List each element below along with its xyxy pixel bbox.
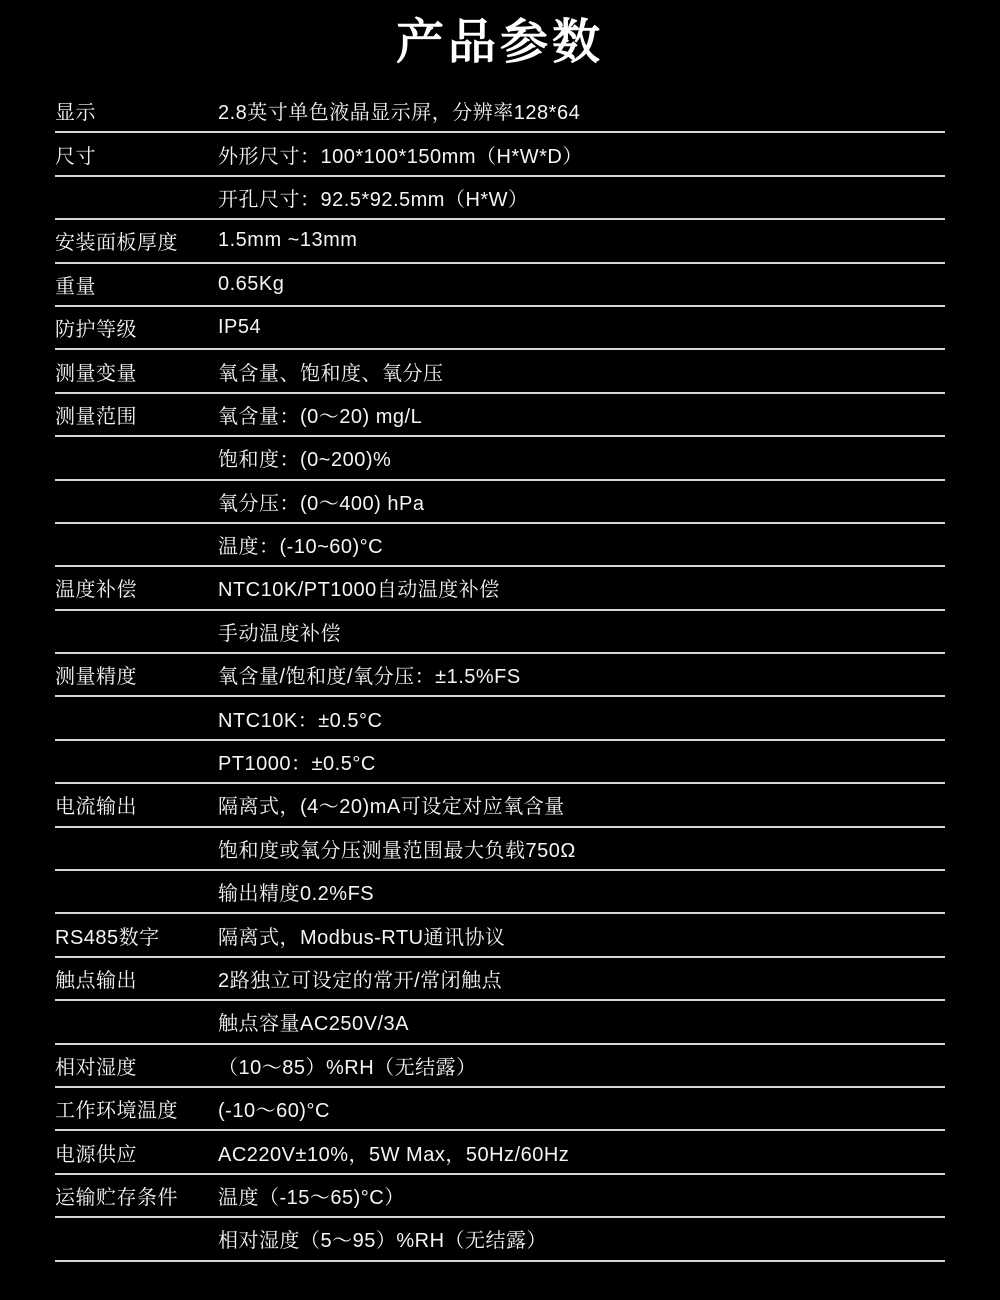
spec-label: 温度补偿 (55, 573, 218, 602)
spec-label: 重量 (55, 270, 218, 299)
spec-table: 显示 2.8英寸单色液晶显示屏，分辨率128*64 尺寸 外形尺寸：100*10… (55, 90, 945, 1262)
spec-value: (-10～60)°C (218, 1094, 945, 1123)
table-row: 测量变量 氧含量、饱和度、氧分压 (55, 350, 945, 393)
spec-value: 温度（-15～65)°C） (218, 1181, 945, 1210)
spec-value: 开孔尺寸：92.5*92.5mm（H*W） (218, 183, 945, 212)
table-row: 输出精度0.2%FS (55, 871, 945, 914)
table-row: 电流输出 隔离式，(4～20)mA可设定对应氧含量 (55, 784, 945, 827)
spec-label: 测量变量 (55, 357, 218, 386)
spec-value: 输出精度0.2%FS (218, 877, 945, 906)
spec-label: 工作环境温度 (55, 1094, 218, 1123)
table-row: 重量 0.65Kg (55, 264, 945, 307)
table-row: 工作环境温度 (-10～60)°C (55, 1088, 945, 1131)
spec-value: NTC10K：±0.5°C (218, 704, 945, 733)
table-row: 尺寸 外形尺寸：100*100*150mm（H*W*D） (55, 133, 945, 176)
table-row: 安装面板厚度 1.5mm ~13mm (55, 220, 945, 263)
table-row: 饱和度：(0~200)% (55, 437, 945, 480)
spec-label: 电源供应 (55, 1138, 218, 1167)
spec-label: 防护等级 (55, 313, 218, 342)
spec-label: 相对湿度 (55, 1051, 218, 1080)
spec-value: 触点容量AC250V/3A (218, 1007, 945, 1036)
table-row: RS485数字 隔离式，Modbus-RTU通讯协议 (55, 914, 945, 957)
table-row: 相对湿度（5～95）%RH（无结露） (55, 1218, 945, 1261)
spec-label: 测量范围 (55, 400, 218, 429)
spec-label: 运输贮存条件 (55, 1181, 218, 1210)
product-parameters-page: 产品参数 显示 2.8英寸单色液晶显示屏，分辨率128*64 尺寸 外形尺寸：1… (0, 0, 1000, 1300)
table-row: 饱和度或氧分压测量范围最大负载750Ω (55, 828, 945, 871)
table-row: 氧分压：(0～400) hPa (55, 481, 945, 524)
spec-label: 触点输出 (55, 964, 218, 993)
table-row: NTC10K：±0.5°C (55, 697, 945, 740)
spec-label: 测量精度 (55, 660, 218, 689)
table-row: 防护等级 IP54 (55, 307, 945, 350)
spec-value: 氧含量/饱和度/氧分压：±1.5%FS (218, 660, 945, 689)
spec-value: IP54 (218, 316, 945, 339)
table-row: 触点容量AC250V/3A (55, 1001, 945, 1044)
spec-value: 饱和度或氧分压测量范围最大负载750Ω (218, 834, 945, 863)
spec-label: 安装面板厚度 (55, 226, 218, 255)
spec-label: RS485数字 (55, 921, 218, 950)
spec-value: 隔离式，(4～20)mA可设定对应氧含量 (218, 790, 945, 819)
table-row: 显示 2.8英寸单色液晶显示屏，分辨率128*64 (55, 90, 945, 133)
spec-value: 2路独立可设定的常开/常闭触点 (218, 964, 945, 993)
table-row: 手动温度补偿 (55, 611, 945, 654)
spec-label: 电流输出 (55, 790, 218, 819)
spec-value: NTC10K/PT1000自动温度补偿 (218, 573, 945, 602)
spec-value: 隔离式，Modbus-RTU通讯协议 (218, 921, 945, 950)
table-row: PT1000：±0.5°C (55, 741, 945, 784)
spec-value: 氧分压：(0～400) hPa (218, 487, 945, 516)
spec-value: 2.8英寸单色液晶显示屏，分辨率128*64 (218, 96, 945, 125)
table-row: 电源供应 AC220V±10%，5W Max，50Hz/60Hz (55, 1131, 945, 1174)
spec-value: 相对湿度（5～95）%RH（无结露） (218, 1224, 945, 1253)
table-row: 运输贮存条件 温度（-15～65)°C） (55, 1175, 945, 1218)
table-row: 温度：(-10~60)°C (55, 524, 945, 567)
spec-label: 显示 (55, 96, 218, 125)
spec-value: 氧含量、饱和度、氧分压 (218, 357, 945, 386)
spec-value: 外形尺寸：100*100*150mm（H*W*D） (218, 140, 945, 169)
spec-value: 饱和度：(0~200)% (218, 443, 945, 472)
spec-value: AC220V±10%，5W Max，50Hz/60Hz (218, 1138, 945, 1167)
table-row: 触点输出 2路独立可设定的常开/常闭触点 (55, 958, 945, 1001)
spec-value: 手动温度补偿 (218, 617, 945, 646)
spec-label: 尺寸 (55, 140, 218, 169)
table-row: 温度补偿 NTC10K/PT1000自动温度补偿 (55, 567, 945, 610)
table-row: 开孔尺寸：92.5*92.5mm（H*W） (55, 177, 945, 220)
spec-value: 氧含量：(0～20) mg/L (218, 400, 945, 429)
spec-value: 0.65Kg (218, 273, 945, 296)
spec-value: 温度：(-10~60)°C (218, 530, 945, 559)
spec-value: PT1000：±0.5°C (218, 747, 945, 776)
page-title: 产品参数 (0, 0, 1000, 76)
table-row: 测量精度 氧含量/饱和度/氧分压：±1.5%FS (55, 654, 945, 697)
spec-value: （10～85）%RH（无结露） (218, 1051, 945, 1080)
table-row: 相对湿度 （10～85）%RH（无结露） (55, 1045, 945, 1088)
table-row: 测量范围 氧含量：(0～20) mg/L (55, 394, 945, 437)
spec-value: 1.5mm ~13mm (218, 229, 945, 252)
